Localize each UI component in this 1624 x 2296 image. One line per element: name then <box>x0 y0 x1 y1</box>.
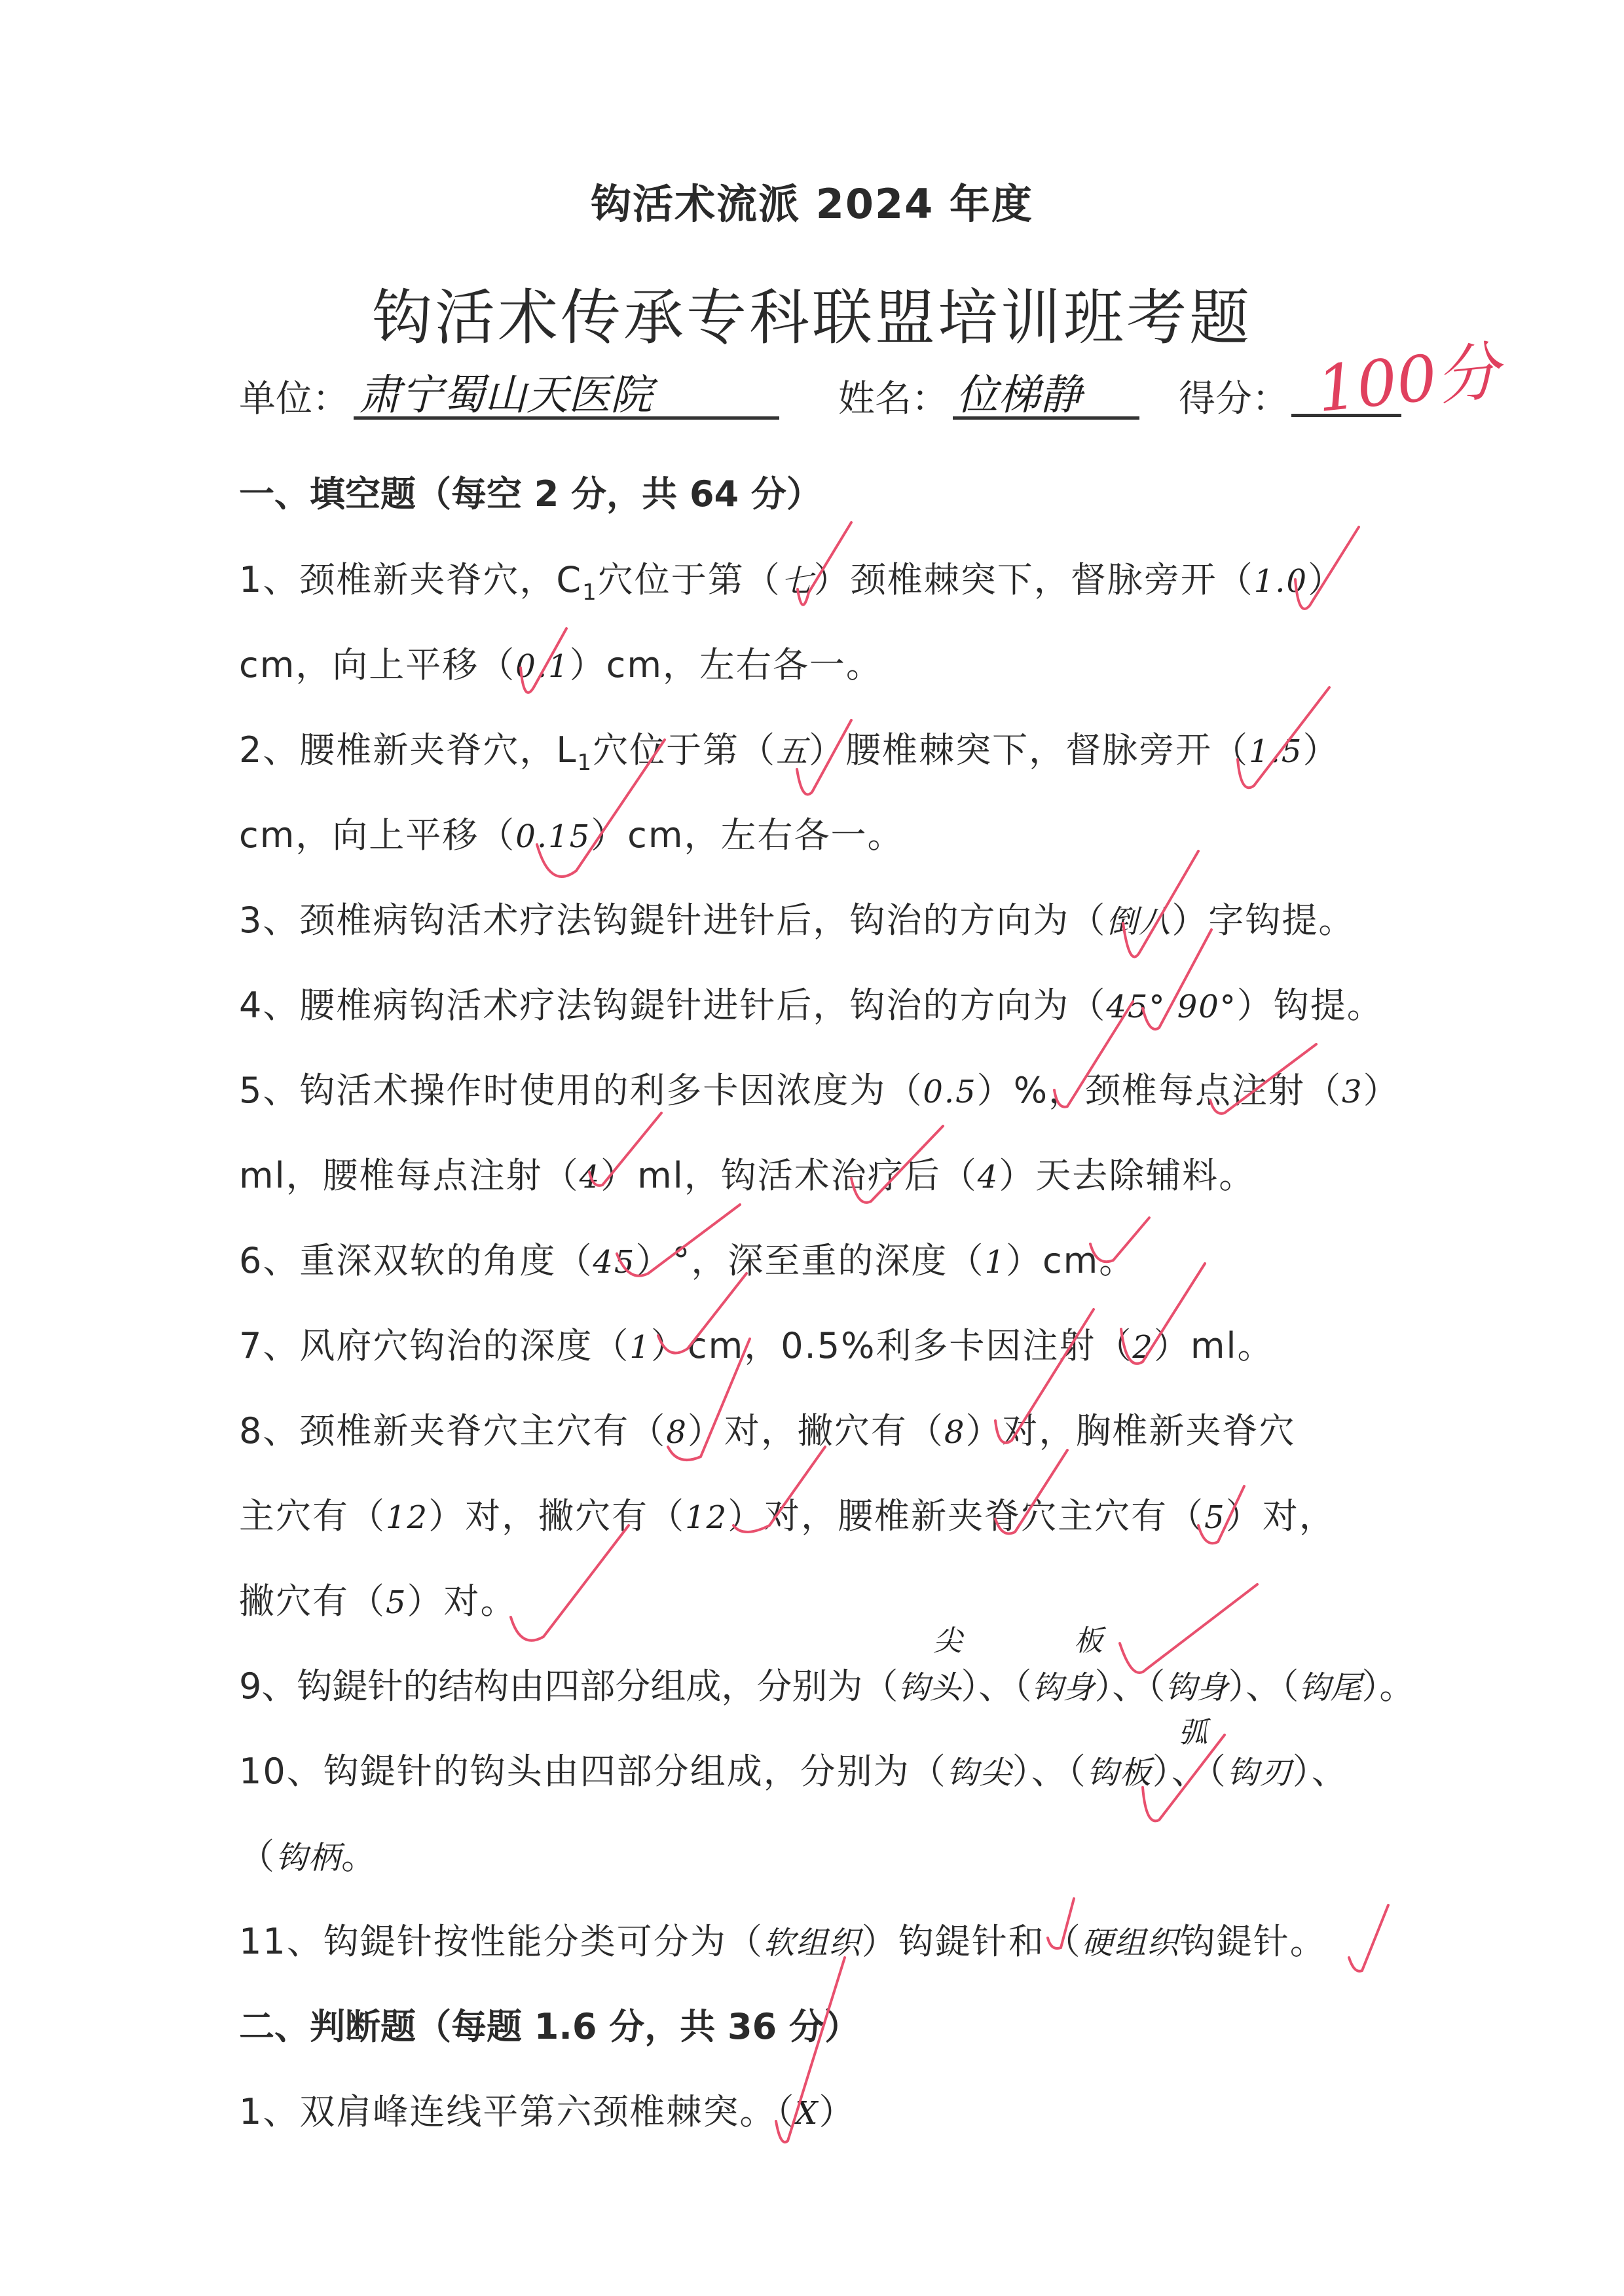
q6-answer-2-text: 1 <box>984 1244 1006 1281</box>
q8-text-i: ）对。 <box>407 1580 517 1622</box>
question-5-line2: ml，腰椎每点注射（4）ml，钩活术治疗后（4）天去除辅料。 <box>239 1148 1255 1198</box>
q8-answer-4-text: 12 <box>685 1499 728 1536</box>
q4-answer-1[interactable]: 45° 90° <box>1106 985 1236 1026</box>
q9-answer-1-text: 钩头 <box>898 1669 961 1706</box>
score-label: 得分： <box>1179 370 1289 422</box>
q1-answer-3[interactable]: 0.1 <box>515 644 569 685</box>
q5-text-f: ）天去除辅料。 <box>999 1155 1255 1196</box>
q2-text-b: 穴位于第（ <box>593 729 776 771</box>
q5-answer-3[interactable]: 4 <box>580 1155 601 1196</box>
q10-answer-3[interactable]: 钩刃 <box>1227 1747 1293 1793</box>
q8-text-g: ）对， <box>1226 1495 1336 1537</box>
q7-text-b: ）cm，0.5%利多卡因注射（ <box>651 1325 1132 1366</box>
q8-answer-4[interactable]: 12 <box>685 1495 728 1537</box>
question-8-line2: 主穴有（12）对，撇穴有（12）对，腰椎新夹脊穴主穴有（5）对， <box>239 1488 1336 1539</box>
q11-text-a: 11、钩鍉针按性能分类可分为（ <box>239 1921 764 1962</box>
check-icon <box>511 1525 629 1641</box>
q3-answer-1-text: 倒八 <box>1106 903 1172 940</box>
judge-q1-answer[interactable]: X <box>795 2091 819 2132</box>
q1-answer-2[interactable]: 1.0 <box>1254 559 1308 600</box>
unit-label: 单位： <box>239 370 349 422</box>
q1-answer-1[interactable]: 七 <box>781 556 814 601</box>
q5-answer-4-text: 4 <box>978 1159 999 1195</box>
q1-answer-2-text: 1.0 <box>1254 563 1308 600</box>
q10-answer-2-text: 钩板 <box>1087 1755 1153 1791</box>
judge-q1-text-a: 1、双肩峰连线平第六颈椎棘突。（ <box>239 2091 795 2132</box>
q8-text-b: ）对，撇穴有（ <box>688 1410 944 1451</box>
q2-text-e: cm，向上平移（ <box>239 814 515 856</box>
q2-answer-3-text: 0.15 <box>515 818 591 855</box>
q6-text-a: 6、重深双软的角度（ <box>239 1240 593 1281</box>
q4-text-a: 4、腰椎病钩活术疗法钩鍉针进针后，钩治的方向为（ <box>239 985 1106 1026</box>
q4-text-b: ）钩提。 <box>1237 985 1384 1026</box>
q9-answer-1[interactable]: 钩头 <box>898 1662 961 1707</box>
unit-value[interactable]: 肃宁蜀山天医院 <box>359 361 652 422</box>
check-icon <box>1349 1905 1388 1971</box>
q7-answer-2-text: 2 <box>1132 1329 1154 1366</box>
q8-answer-6[interactable]: 5 <box>386 1580 407 1622</box>
q1-text-b: 穴位于第（ <box>598 559 781 600</box>
q4-answer-1-text: 45° 90° <box>1106 989 1236 1025</box>
q2-answer-1-text: 五 <box>776 733 809 770</box>
q10-correction-2: 弧 <box>1179 1709 1208 1751</box>
q5-text-c: ） <box>1363 1070 1400 1111</box>
q8-text-f: ）对，腰椎新夹脊穴主穴有（ <box>728 1495 1204 1537</box>
section2-title: 二、判断题（每题 1.6 分，共 36 分） <box>239 1999 860 2049</box>
q10-answer-1-text: 钩尖 <box>947 1755 1012 1791</box>
q11-text-c: 钩鍉针。 <box>1180 1921 1327 1962</box>
q5-text-b: ）%，颈椎每点注射（ <box>977 1070 1342 1111</box>
q7-text-c: ）ml。 <box>1154 1325 1274 1366</box>
q11-answer-2[interactable]: 硬组织 <box>1082 1918 1180 1963</box>
q10-sep-1: ）、（ <box>1012 1751 1087 1792</box>
q11-answer-1[interactable]: 软组织 <box>764 1918 862 1963</box>
question-1-line1: 1、颈椎新夹脊穴，C1穴位于第（七）颈椎棘突下，督脉旁开（1.0） <box>239 552 1344 606</box>
name-value[interactable]: 位梯静 <box>956 361 1082 422</box>
q7-text-a: 7、风府穴钩治的深度（ <box>239 1325 629 1366</box>
q11-answer-1-text: 软组织 <box>764 1925 862 1961</box>
question-8-line3: 撇穴有（5）对。 <box>239 1573 517 1624</box>
q1-text-a: 1、颈椎新夹脊穴，C <box>239 559 582 600</box>
q5-answer-2[interactable]: 3 <box>1342 1070 1363 1111</box>
question-6: 6、重深双软的角度（45）°，深至重的深度（1）cm。 <box>239 1233 1135 1283</box>
question-4: 4、腰椎病钩活术疗法钩鍉针进针后，钩治的方向为（45° 90°）钩提。 <box>239 977 1384 1028</box>
q5-text-d: ml，腰椎每点注射（ <box>239 1155 580 1196</box>
q8-text-d: 主穴有（ <box>239 1495 386 1537</box>
q10-sep-3: ）、 <box>1293 1751 1348 1792</box>
name-label: 姓名： <box>838 370 948 422</box>
q10-answer-4-text: 钩柄 <box>276 1840 341 1876</box>
q5-answer-1[interactable]: 0.5 <box>923 1070 976 1111</box>
q5-text-a: 5、钩活术操作时使用的利多卡因浓度为（ <box>239 1070 923 1111</box>
q1-text-c: ）颈椎棘突下，督脉旁开（ <box>814 559 1254 600</box>
q5-answer-3-text: 4 <box>580 1159 601 1195</box>
q2-text-f: ）cm，左右各一。 <box>591 814 904 856</box>
q8-text-e: ）对，撇穴有（ <box>428 1495 685 1537</box>
q9-sep-2: ）、（ <box>1094 1666 1165 1707</box>
q7-answer-1-text: 1 <box>629 1329 651 1366</box>
score-underline <box>1291 414 1401 417</box>
q1-subscript: 1 <box>582 579 598 606</box>
question-5-line1: 5、钩活术操作时使用的利多卡因浓度为（0.5）%，颈椎每点注射（3） <box>239 1063 1400 1113</box>
q1-answer-1-text: 七 <box>781 563 814 600</box>
q5-answer-1-text: 0.5 <box>923 1074 976 1110</box>
q10-answer-1[interactable]: 钩尖 <box>947 1747 1012 1793</box>
judge-question-1: 1、双肩峰连线平第六颈椎棘突。（X） <box>239 2084 856 2134</box>
q1-answer-3-text: 0.1 <box>515 648 569 685</box>
q8-answer-1-text: 8 <box>666 1414 688 1451</box>
question-10-line2: （钩柄。 <box>239 1829 378 1879</box>
q10-text-c: 。 <box>341 1836 378 1877</box>
question-9: 9、钩鍉针的结构由四部分组成，分别为（钩头）、（钩身）、（钩身）、（钩尾）。 <box>239 1658 1414 1709</box>
q9-sep-3: ）、（ <box>1228 1666 1299 1707</box>
judge-q1-text-b: ） <box>819 2091 856 2132</box>
q9-answer-3-text: 钩身 <box>1165 1669 1228 1706</box>
q9-correction-1: 尖 <box>933 1617 962 1659</box>
question-11: 11、钩鍉针按性能分类可分为（软组织）钩鍉针和（硬组织钩鍉针。 <box>239 1914 1327 1964</box>
q3-text-a: 3、颈椎病钩活术疗法钩鍉针进针后，钩治的方向为（ <box>239 900 1106 941</box>
question-7: 7、风府穴钩治的深度（1）cm，0.5%利多卡因注射（2）ml。 <box>239 1318 1274 1368</box>
q5-answer-4[interactable]: 4 <box>978 1155 999 1196</box>
section1-title: 一、填空题（每空 2 分，共 64 分） <box>239 466 822 517</box>
q8-answer-5[interactable]: 5 <box>1204 1495 1226 1537</box>
q9-answer-4[interactable]: 钩尾 <box>1299 1662 1361 1707</box>
question-8-line1: 8、颈椎新夹脊穴主穴有（8）对，撇穴有（8）对，胸椎新夹脊穴 <box>239 1403 1295 1453</box>
q1-text-e: cm，向上平移（ <box>239 644 515 685</box>
q2-subscript: 1 <box>577 750 593 776</box>
q3-text-b: ）字钩提。 <box>1172 900 1355 941</box>
q10-sep-2: ）、（ <box>1153 1751 1227 1792</box>
q2-answer-3[interactable]: 0.15 <box>515 814 591 856</box>
q2-text-a: 2、腰椎新夹脊穴，L <box>239 729 577 771</box>
q1-text-d: ） <box>1308 559 1344 600</box>
q10-text-a: 10、钩鍉针的钩头由四部分组成，分别为（ <box>239 1751 947 1792</box>
q6-answer-1-text: 45 <box>593 1244 635 1281</box>
q5-text-e: ）ml，钩活术治疗后（ <box>600 1155 978 1196</box>
q7-answer-1[interactable]: 1 <box>629 1325 651 1366</box>
question-1-line2: cm，向上平移（0.1）cm，左右各一。 <box>239 637 883 687</box>
q2-text-c: ）腰椎棘突下，督脉旁开（ <box>809 729 1249 771</box>
q9-answer-2-text: 钩身 <box>1031 1669 1094 1706</box>
q8-answer-5-text: 5 <box>1204 1499 1226 1536</box>
q9-sep-1: ）、（ <box>961 1666 1031 1707</box>
q1-text-f: ）cm，左右各一。 <box>570 644 883 685</box>
q9-correction-2: 板 <box>1074 1617 1103 1659</box>
exam-title-line1: 钩活术流派 2024 年度 <box>0 172 1624 230</box>
q9-text-b: ）。 <box>1361 1666 1414 1707</box>
q8-answer-6-text: 5 <box>386 1584 407 1621</box>
q6-text-b: ）°，深至重的深度（ <box>635 1240 984 1281</box>
q9-answer-3[interactable]: 钩身 <box>1165 1662 1228 1707</box>
q8-text-a: 8、颈椎新夹脊穴主穴有（ <box>239 1410 666 1451</box>
q6-answer-2[interactable]: 1 <box>984 1240 1006 1281</box>
q9-text-a: 9、钩鍉针的结构由四部分组成，分别为（ <box>239 1666 898 1707</box>
q10-text-b: （ <box>239 1836 276 1877</box>
q3-answer-1[interactable]: 倒八 <box>1106 896 1172 941</box>
q9-answer-4-text: 钩尾 <box>1299 1669 1361 1706</box>
q11-text-b: ）钩鍉针和（ <box>862 1921 1082 1962</box>
unit-underline <box>354 416 779 420</box>
q10-answer-4[interactable]: 钩柄 <box>276 1832 341 1878</box>
question-3: 3、颈椎病钩活术疗法钩鍉针进针后，钩治的方向为（倒八）字钩提。 <box>239 892 1355 943</box>
q2-answer-2-text: 1.5 <box>1249 733 1302 770</box>
q7-answer-2[interactable]: 2 <box>1132 1325 1154 1366</box>
q6-text-c: ）cm。 <box>1006 1240 1135 1281</box>
q5-answer-2-text: 3 <box>1342 1074 1363 1110</box>
q8-answer-3-text: 12 <box>386 1499 428 1536</box>
question-10-line1: 10、钩鍉针的钩头由四部分组成，分别为（钩尖）、（钩板）、（钩刃）、 <box>239 1743 1348 1794</box>
q10-answer-3-text: 钩刃 <box>1227 1755 1293 1791</box>
q8-answer-3[interactable]: 12 <box>386 1495 428 1537</box>
q11-answer-2-text: 硬组织 <box>1082 1925 1180 1961</box>
q2-answer-2[interactable]: 1.5 <box>1249 729 1302 771</box>
q8-answer-1[interactable]: 8 <box>666 1410 688 1451</box>
question-2-line1: 2、腰椎新夹脊穴，L1穴位于第（五）腰椎棘突下，督脉旁开（1.5） <box>239 722 1339 776</box>
q6-answer-1[interactable]: 45 <box>593 1240 635 1281</box>
name-underline <box>953 416 1139 420</box>
judge-q1-answer-text: X <box>795 2095 819 2132</box>
q9-answer-2[interactable]: 钩身 <box>1031 1662 1094 1707</box>
question-2-line2: cm，向上平移（0.15）cm，左右各一。 <box>239 807 904 858</box>
q2-text-d: ） <box>1302 729 1339 771</box>
q10-answer-2[interactable]: 钩板 <box>1087 1747 1153 1793</box>
q8-text-c: ）对，胸椎新夹脊穴 <box>965 1410 1295 1451</box>
q8-answer-2-text: 8 <box>944 1414 966 1451</box>
q8-answer-2[interactable]: 8 <box>944 1410 966 1451</box>
q8-text-h: 撇穴有（ <box>239 1580 386 1622</box>
q2-answer-1[interactable]: 五 <box>776 726 809 771</box>
